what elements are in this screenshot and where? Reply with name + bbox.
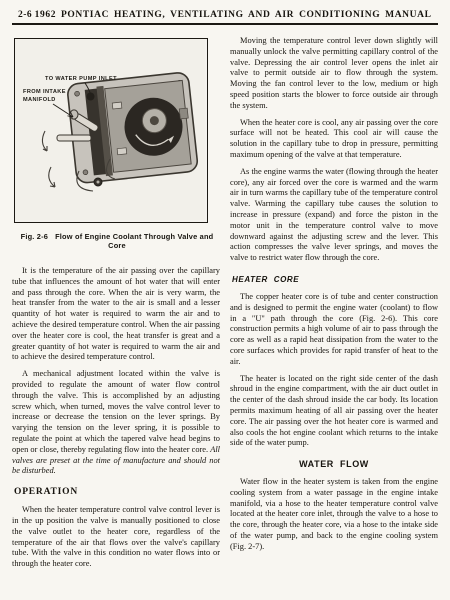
- left-paragraph-2-normal: A mechanical adjustment located within t…: [12, 369, 220, 454]
- left-paragraph-1: It is the temperature of the air passing…: [12, 266, 220, 363]
- two-column-layout: TO WATER PUMP INLET FROM INTAKE MANIFOLD…: [12, 36, 438, 576]
- page-header: 2-6 1962 PONTIAC HEATING, VENTILATING AN…: [12, 10, 438, 25]
- left-paragraph-3: When the heater temperature control valv…: [12, 505, 220, 570]
- right-paragraph-1: Moving the temperature control lever dow…: [230, 36, 438, 112]
- right-paragraph-3: As the engine warms the water (flowing t…: [230, 167, 438, 264]
- figure-2-6: TO WATER PUMP INLET FROM INTAKE MANIFOLD: [14, 38, 208, 223]
- water-flow-heading: WATER FLOW: [230, 459, 438, 469]
- figure-caption-number: Fig. 2-6: [21, 232, 48, 241]
- page-number: 2-6: [18, 10, 32, 20]
- label-from-intake-line2: MANIFOLD: [23, 97, 56, 103]
- heater-assembly: [67, 72, 199, 184]
- label-from-intake-line1: FROM INTAKE: [23, 89, 66, 95]
- manual-title: 1962 PONTIAC HEATING, VENTILATING AND AI…: [32, 10, 434, 20]
- left-column: TO WATER PUMP INLET FROM INTAKE MANIFOLD…: [12, 36, 220, 576]
- operation-heading: OPERATION: [14, 487, 220, 497]
- right-paragraph-4: The copper heater core is of tube and ce…: [230, 292, 438, 368]
- manual-page: 2-6 1962 PONTIAC HEATING, VENTILATING AN…: [0, 0, 450, 600]
- right-paragraph-5: The heater is located on the right side …: [230, 374, 438, 450]
- figure-caption-text: Flow of Engine Coolant Through Valve and…: [55, 232, 213, 250]
- label-to-water-pump-inlet: TO WATER PUMP INLET: [45, 76, 117, 82]
- right-column: Moving the temperature control lever dow…: [230, 36, 438, 576]
- right-paragraph-6: Water flow in the heater system is taken…: [230, 477, 438, 553]
- heater-valve-photo: TO WATER PUMP INLET FROM INTAKE MANIFOLD: [15, 39, 205, 220]
- right-paragraph-2: When the heater core is cool, any air pa…: [230, 118, 438, 161]
- figure-caption: Fig. 2-6Flow of Engine Coolant Through V…: [14, 232, 220, 250]
- left-paragraph-2: A mechanical adjustment located within t…: [12, 369, 220, 477]
- heater-core-heading: HEATER CORE: [232, 275, 438, 284]
